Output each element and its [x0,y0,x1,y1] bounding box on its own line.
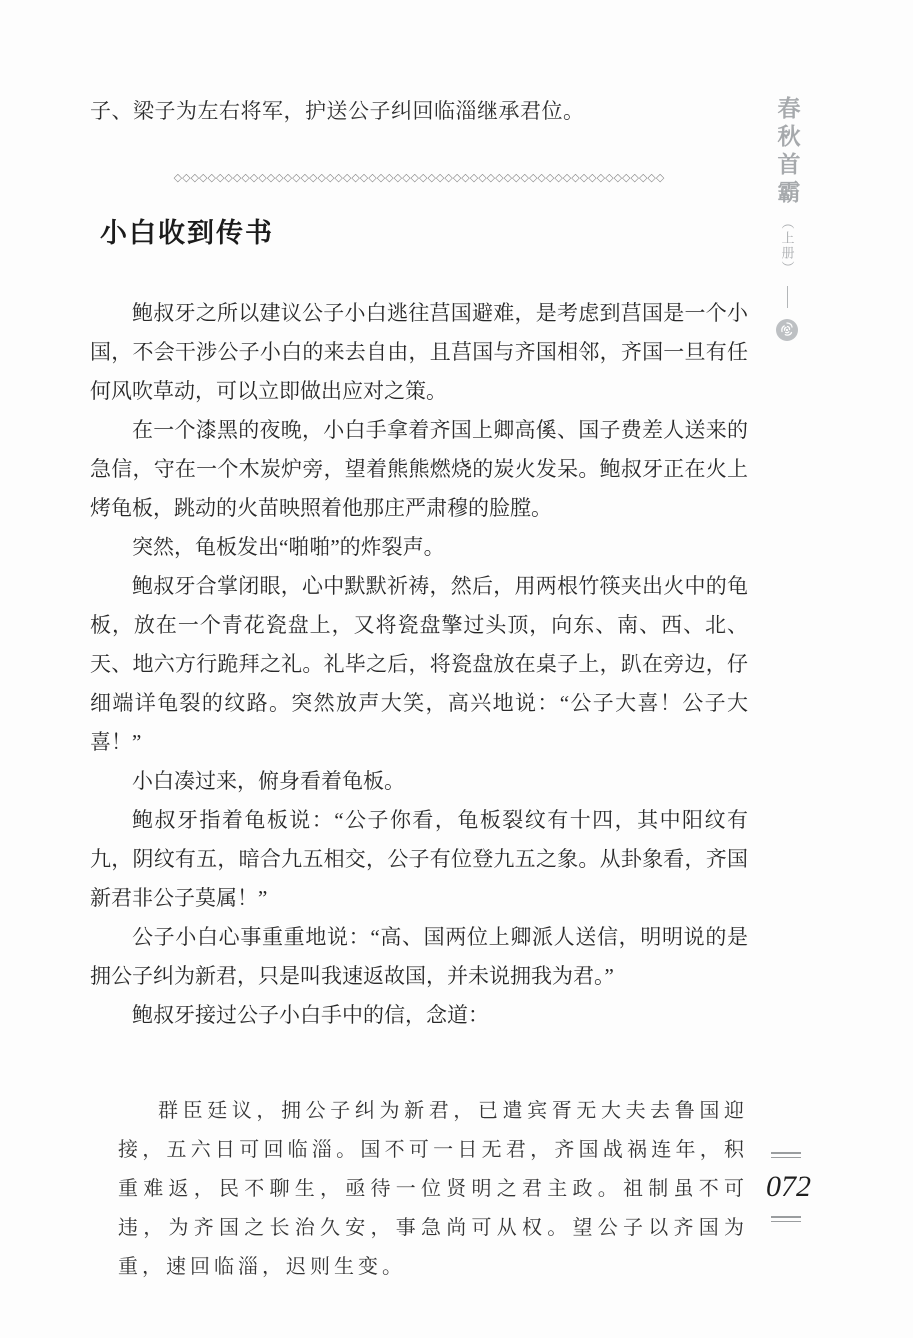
body-paragraph: 小白凑过来，俯身看着龟板。 [90,762,748,801]
body-paragraph: 鲍叔牙之所以建议公子小白逃往莒国避难，是考虑到莒国是一个小国，不会干涉公子小白的… [90,294,748,411]
book-title-vertical: 春秋首霸 [771,96,804,208]
body-paragraph: 鲍叔牙接过公子小白手中的信，念道： [90,996,748,1035]
main-text-column: 子、梁子为左右将军，护送公子纠回临淄继承君位。 ◇◇◇◇◇◇◇◇◇◇◇◇◇◇◇◇… [90,96,748,1287]
seal-ornament-icon [775,318,799,347]
sidebar-divider-line [787,286,788,308]
book-page: 子、梁子为左右将军，护送公子纠回临淄继承君位。 ◇◇◇◇◇◇◇◇◇◇◇◇◇◇◇◇… [0,0,913,1338]
body-paragraph: 鲍叔牙合掌闭眼，心中默默祈祷，然后，用两根竹筷夹出火中的龟板，放在一个青花瓷盘上… [90,567,748,762]
folio-bottom-rule [771,1216,801,1222]
body-paragraph: 公子小白心事重重地说：“高、国两位上卿派人送信，明明说的是拥公子纠为新君，只是叫… [90,918,748,996]
continuation-line: 子、梁子为左右将军，护送公子纠回临淄继承君位。 [90,96,748,126]
folio-top-rule [771,1152,801,1158]
page-number: 072 [766,1170,806,1204]
folio-block: 072 [766,1152,806,1222]
body-paragraph: 鲍叔牙指着龟板说：“公子你看，龟板裂纹有十四，其中阳纹有九，阴纹有五，暗合九五相… [90,801,748,918]
body-paragraph: 在一个漆黑的夜晚，小白手拿着齐国上卿高傒、国子费差人送来的急信，守在一个木炭炉旁… [90,411,748,528]
section-divider: ◇◇◇◇◇◇◇◇◇◇◇◇◇◇◇◇◇◇◇◇◇◇◇◇◇◇◇◇◇◇◇◇◇◇◇◇◇◇◇◇… [90,172,748,183]
body-text: 鲍叔牙之所以建议公子小白逃往莒国避难，是考虑到莒国是一个小国，不会干涉公子小白的… [90,294,748,1035]
volume-label: （上册） [778,216,797,276]
section-title: 小白收到传书 [100,211,748,250]
body-paragraph: 突然，龟板发出“啪啪”的炸裂声。 [90,528,748,567]
running-head-sidebar: 春秋首霸 （上册） [770,96,804,347]
quoted-letter: 群臣廷议，拥公子纠为新君，已遣宾胥无大夫去鲁国迎接，五六日可回临淄。国不可一日无… [118,1092,748,1287]
